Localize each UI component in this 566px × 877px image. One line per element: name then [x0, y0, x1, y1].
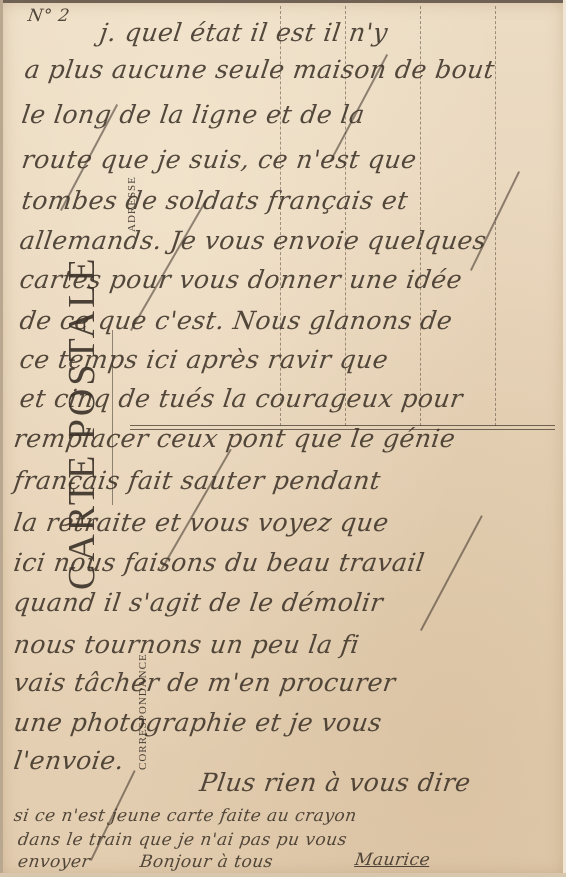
- handwritten-line: cartes pour vous donner une idée: [18, 265, 464, 294]
- handwritten-line: la retraite et vous voyez que: [12, 508, 391, 537]
- handwritten-line: nous tournons un peu la fi: [12, 630, 361, 659]
- handwritten-line: remplacer ceux pont que le génie: [12, 424, 457, 453]
- card-bottom-edge: [0, 873, 566, 877]
- handwritten-line: une photographie et je vous: [12, 708, 384, 737]
- handwritten-line: et cinq de tués la courageux pour: [18, 384, 465, 413]
- handwritten-line: le long de la ligne et de la: [20, 100, 367, 129]
- handwritten-line: envoyer: [17, 852, 92, 872]
- closing-greeting: Bonjour à tous: [139, 852, 275, 872]
- handwritten-line: français fait sauter pendant: [12, 466, 383, 495]
- handwritten-line: ici nous faisons du beau travail: [12, 548, 427, 577]
- handwritten-line: dans le train que je n'ai pas pu vous: [17, 830, 349, 850]
- handwritten-line: j. quel état il est il n'y: [98, 18, 390, 47]
- pen-stroke: [420, 515, 483, 631]
- card-left-edge: [0, 0, 3, 877]
- card-top-edge: [0, 0, 566, 3]
- signature: Maurice: [354, 850, 432, 870]
- handwritten-line: tombes de soldats français et: [20, 186, 410, 215]
- handwritten-line: Plus rien à vous dire: [198, 768, 473, 797]
- handwritten-line: de ce que c'est. Nous glanons de: [18, 306, 454, 335]
- handwritten-line: si ce n'est jeune carte faite au crayon: [13, 806, 358, 826]
- handwritten-line: a plus aucune seule maison de bout: [23, 55, 497, 84]
- corner-note: N° 2: [27, 6, 71, 26]
- postcard-back: CARTE POSTALE ADRESSE CORRESPONDANCE N° …: [0, 0, 566, 877]
- handwritten-line: ce temps ici après ravir que: [18, 345, 390, 374]
- handwritten-line: quand il s'agit de le démolir: [12, 588, 385, 617]
- handwritten-line: allemands. Je vous envoie quelques: [18, 226, 488, 255]
- handwritten-line: vais tâcher de m'en procurer: [12, 668, 398, 697]
- handwritten-line: route que je suis, ce n'est que: [20, 145, 419, 174]
- handwritten-line: l'envoie.: [12, 746, 126, 775]
